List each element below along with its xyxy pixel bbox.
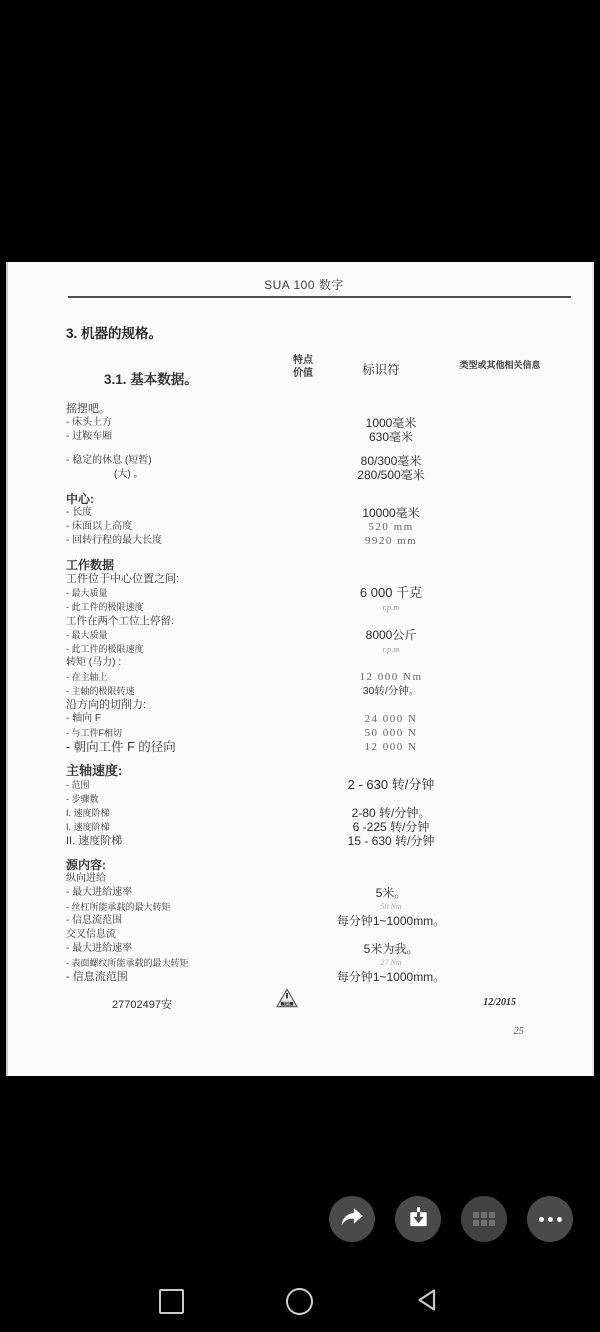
spec-value: 每分钟1~1000mm。 bbox=[291, 970, 491, 984]
spec-row: 中心: bbox=[66, 492, 568, 506]
document-page[interactable]: SUA 100 数字 3. 机器的规格。 3.1. 基本数据。 特点 价值 标识… bbox=[6, 262, 594, 1076]
spec-value bbox=[291, 858, 491, 872]
document-number: 27702497安 bbox=[112, 996, 172, 1012]
download-button[interactable] bbox=[395, 1196, 441, 1242]
spec-label: - 回转行程的最大长度 bbox=[66, 534, 291, 548]
spec-value bbox=[291, 492, 491, 506]
spec-label: - 此工件的极限速度 bbox=[66, 600, 291, 614]
spec-value bbox=[291, 792, 491, 806]
home-button[interactable] bbox=[286, 1288, 313, 1315]
spec-value: 80/300毫米 bbox=[291, 454, 491, 468]
spec-value: 6 000 千克 bbox=[291, 586, 491, 600]
tos-logo: TOS bbox=[276, 988, 298, 1013]
spec-value bbox=[291, 572, 491, 586]
pages-grid-button[interactable] bbox=[461, 1196, 507, 1242]
spec-value: 2 - 630 转/分钟 bbox=[291, 778, 491, 792]
spec-row: - 丝杠所能承载的最大转矩 50 Nm bbox=[66, 900, 568, 914]
spec-row: - 长度 10000毫米 bbox=[66, 506, 568, 520]
spec-label: - 表面螺纹所能承载的最大转矩 bbox=[66, 956, 291, 970]
spec-label: - 稳定的休息 (短暂) bbox=[66, 454, 291, 468]
document-header-title: SUA 100 数字 bbox=[52, 276, 556, 293]
spec-label: I. 速度阶梯 bbox=[66, 820, 291, 834]
spec-value: 每分钟1~1000mm。 bbox=[291, 914, 491, 928]
spec-value: 5米。 bbox=[291, 886, 491, 900]
spec-row: I. 速度阶梯 6 -225 转/分钟 bbox=[66, 820, 568, 834]
spec-row: 转矩 (马力) : bbox=[66, 656, 568, 670]
spec-value bbox=[291, 698, 491, 712]
spec-label: - 最大进给速率 bbox=[66, 886, 291, 900]
spec-label: 纵向进给 bbox=[66, 872, 291, 886]
spec-label: 交叉信息流 bbox=[66, 928, 291, 942]
subsection-title: 3.1. 基本数据。 bbox=[104, 368, 198, 388]
spec-row: II. 速度阶梯 15 - 630 转/分钟 bbox=[66, 834, 568, 848]
spec-value bbox=[291, 558, 491, 572]
spec-value: 30转/分钟。 bbox=[291, 684, 491, 698]
spec-label: (大) 。 bbox=[66, 468, 291, 482]
spec-row: - 信息流范围 每分钟1~1000mm。 bbox=[66, 970, 568, 984]
spec-label: - 主轴的极限转速 bbox=[66, 684, 291, 698]
page-footer: 27702497安 TOS 12/2015 25 bbox=[66, 988, 568, 1048]
spec-value: 9920 mm bbox=[291, 534, 491, 548]
ellipsis-icon bbox=[539, 1217, 562, 1222]
spec-row: - 此工件的极限速度 r.p.m bbox=[66, 642, 568, 656]
spec-label: - 丝杠所能承载的最大转矩 bbox=[66, 900, 291, 914]
spec-value bbox=[291, 656, 491, 670]
spec-label: 工作数据 bbox=[66, 558, 291, 572]
spec-label: - 过鞍车厢 bbox=[66, 430, 291, 444]
spec-row: - 轴向 F 24 000 N bbox=[66, 712, 568, 726]
spec-label: - 最大质量 bbox=[66, 628, 291, 642]
spec-value bbox=[291, 872, 491, 886]
spec-value: 15 - 630 转/分钟 bbox=[291, 834, 491, 848]
download-tray-icon bbox=[406, 1205, 431, 1233]
spec-row: I. 速度阶梯 2-80 转/分钟。 bbox=[66, 806, 568, 820]
square-icon bbox=[159, 1289, 184, 1314]
spec-row: - 回转行程的最大长度 9920 mm bbox=[66, 534, 568, 548]
spec-row: 摇摆吧。 bbox=[66, 402, 568, 416]
spec-label: - 在主轴上 bbox=[66, 670, 291, 684]
document-date: 12/2015 bbox=[483, 997, 516, 1008]
spec-row: - 范围 2 - 630 转/分钟 bbox=[66, 778, 568, 792]
section-title: 3. 机器的规格。 bbox=[66, 322, 568, 342]
spec-value: 280/500毫米 bbox=[291, 468, 491, 482]
spec-row: 工作数据 bbox=[66, 558, 568, 572]
spec-label: - 信息流范围 bbox=[66, 970, 291, 984]
spec-label: - 长度 bbox=[66, 506, 291, 520]
spec-label: - 朝向工件 F 的径向 bbox=[66, 740, 291, 754]
spec-value bbox=[291, 928, 491, 942]
spec-label: 工件在两个工位上停留: bbox=[66, 614, 291, 628]
spec-value: r.p.m bbox=[291, 642, 491, 656]
spec-row: - 表面螺纹所能承载的最大转矩 27 Nm bbox=[66, 956, 568, 970]
spec-value: 2-80 转/分钟。 bbox=[291, 806, 491, 820]
circle-icon bbox=[286, 1288, 313, 1315]
grid-icon bbox=[473, 1212, 495, 1226]
column-identifier: 标识符 bbox=[346, 360, 416, 378]
spec-row: - 最大质量 8000公斤 bbox=[66, 628, 568, 642]
more-button[interactable] bbox=[527, 1196, 573, 1242]
spec-label: II. 速度阶梯 bbox=[66, 834, 291, 848]
spec-label: I. 速度阶梯 bbox=[66, 806, 291, 820]
spec-row: - 最大进给速率 5米为我。 bbox=[66, 942, 568, 956]
svg-text:TOS: TOS bbox=[284, 1002, 292, 1006]
spec-value: 5米为我。 bbox=[291, 942, 491, 956]
spec-row: - 在主轴上 12 000 Nm bbox=[66, 670, 568, 684]
spec-rows: 摇摆吧。 - 床头上方 1000毫米 - 过鞍车厢 630毫米 - 稳定的休息 … bbox=[66, 402, 568, 984]
spec-row: - 信息流范围 每分钟1~1000mm。 bbox=[66, 914, 568, 928]
spec-row: - 最大质量 6 000 千克 bbox=[66, 586, 568, 600]
phone-screen: SUA 100 数字 3. 机器的规格。 3.1. 基本数据。 特点 价值 标识… bbox=[0, 0, 600, 1332]
spec-value bbox=[291, 614, 491, 628]
spec-row: 交叉信息流 bbox=[66, 928, 568, 942]
spec-row: - 稳定的休息 (短暂) 80/300毫米 bbox=[66, 454, 568, 468]
spec-row: - 主轴的极限转速 30转/分钟。 bbox=[66, 684, 568, 698]
spec-label: 工件位于中心位置之间: bbox=[66, 572, 291, 586]
spec-label: 主轴速度: bbox=[66, 764, 291, 778]
spec-label: 摇摆吧。 bbox=[66, 402, 291, 416]
spec-row: 沿方向的切削力: bbox=[66, 698, 568, 712]
android-nav-bar bbox=[0, 1270, 600, 1332]
spec-value: 24 000 N bbox=[291, 712, 491, 726]
spec-value: 520 mm bbox=[291, 520, 491, 534]
spec-row: - 床面以上高度 520 mm bbox=[66, 520, 568, 534]
back-button[interactable] bbox=[415, 1287, 441, 1316]
spec-row: - 步骤数 bbox=[66, 792, 568, 806]
spec-row: 源内容: bbox=[66, 858, 568, 872]
spec-label: - 最大进给速率 bbox=[66, 942, 291, 956]
spec-value: 630毫米 bbox=[291, 430, 491, 444]
table-header: 3.1. 基本数据。 特点 价值 标识符 类型或其他相关信息 bbox=[66, 352, 568, 400]
spec-label: - 此工件的极限速度 bbox=[66, 642, 291, 656]
spec-value: 6 -225 转/分钟 bbox=[291, 820, 491, 834]
spec-value: 10000毫米 bbox=[291, 506, 491, 520]
spec-value: 27 Nm bbox=[291, 956, 491, 970]
spec-label: - 信息流范围 bbox=[66, 914, 291, 928]
recents-button[interactable] bbox=[159, 1289, 184, 1314]
spec-value: 12 000 Nm bbox=[291, 670, 491, 684]
spec-value: 1000毫米 bbox=[291, 416, 491, 430]
spec-row: - 与工件F相切 50 000 N bbox=[66, 726, 568, 740]
spec-row: - 过鞍车厢 630毫米 bbox=[66, 430, 568, 444]
spec-row: (大) 。 280/500毫米 bbox=[66, 468, 568, 482]
triangle-left-icon bbox=[415, 1287, 441, 1316]
spec-label: - 床头上方 bbox=[66, 416, 291, 430]
column-feature-value: 特点 价值 bbox=[273, 354, 333, 380]
spec-value: 12 000 N bbox=[291, 740, 491, 754]
spec-row: 主轴速度: bbox=[66, 764, 568, 778]
spec-value: 50 000 N bbox=[291, 726, 491, 740]
spec-value bbox=[291, 764, 491, 778]
spec-value: 50 Nm bbox=[291, 900, 491, 914]
spec-row: - 最大进给速率 5米。 bbox=[66, 886, 568, 900]
spec-label: - 最大质量 bbox=[66, 586, 291, 600]
spec-label: - 与工件F相切 bbox=[66, 726, 291, 740]
spec-label: - 范围 bbox=[66, 778, 291, 792]
viewer-action-bar bbox=[329, 1196, 573, 1242]
spec-label: 源内容: bbox=[66, 858, 291, 872]
spec-row: - 床头上方 1000毫米 bbox=[66, 416, 568, 430]
spec-row: - 此工件的极限速度 r.p.m bbox=[66, 600, 568, 614]
column-type-info: 类型或其他相关信息 bbox=[443, 358, 557, 371]
spec-label: 转矩 (马力) : bbox=[66, 656, 291, 670]
spec-label: - 轴向 F bbox=[66, 712, 291, 726]
share-button[interactable] bbox=[329, 1196, 375, 1242]
spec-value: 8000公斤 bbox=[291, 628, 491, 642]
spec-row: 纵向进给 bbox=[66, 872, 568, 886]
spec-label: 中心: bbox=[66, 492, 291, 506]
spec-label: 沿方向的切削力: bbox=[66, 698, 291, 712]
spec-label: - 步骤数 bbox=[66, 792, 291, 806]
spec-label: - 床面以上高度 bbox=[66, 520, 291, 534]
share-arrow-icon bbox=[338, 1205, 366, 1233]
spec-row: - 朝向工件 F 的径向 12 000 N bbox=[66, 740, 568, 754]
header-rule bbox=[68, 296, 571, 298]
spec-row: 工件位于中心位置之间: bbox=[66, 572, 568, 586]
spec-value: r.p.m bbox=[291, 600, 491, 614]
spec-row: 工件在两个工位上停留: bbox=[66, 614, 568, 628]
page-number: 25 bbox=[514, 1026, 525, 1037]
spec-value bbox=[291, 402, 491, 416]
